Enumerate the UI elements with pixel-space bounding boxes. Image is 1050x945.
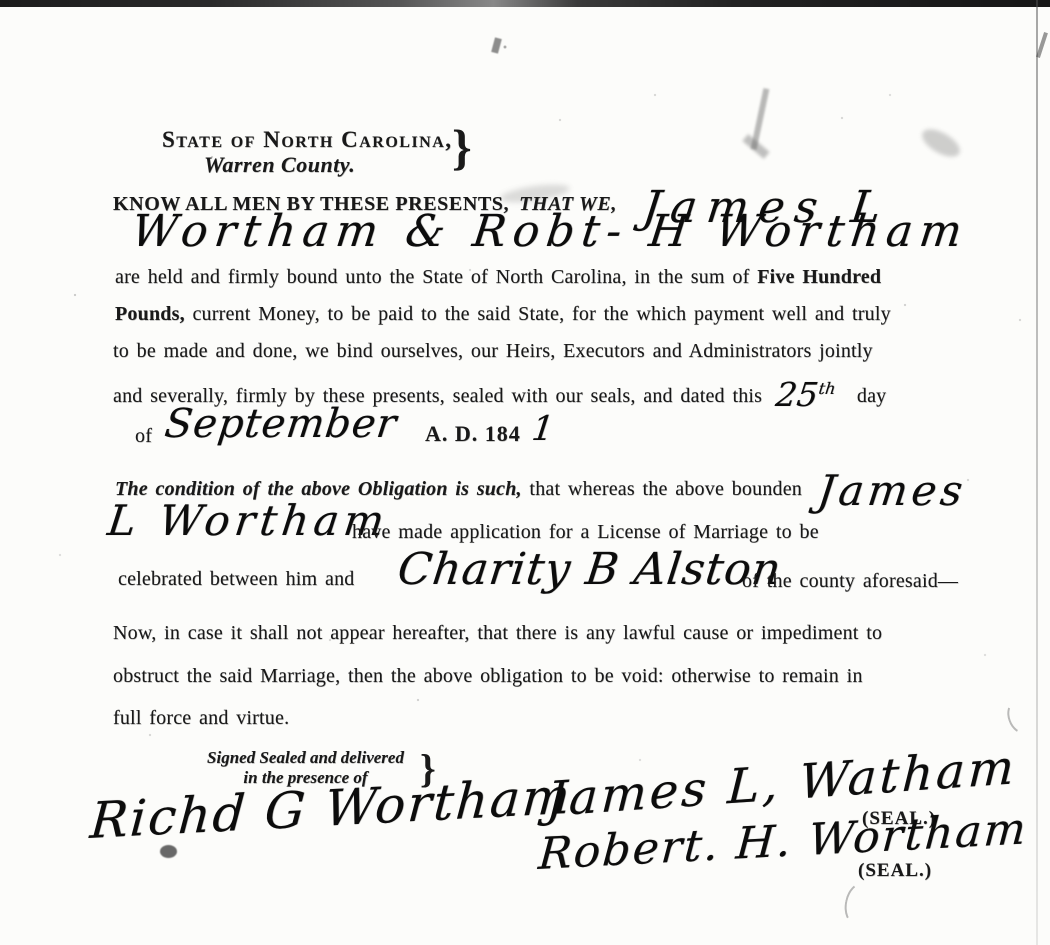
attestation-line-1: Signed Sealed and delivered xyxy=(188,748,423,768)
ink-smudge xyxy=(491,37,502,53)
body-line-2-text: current Money, to be paid to the said St… xyxy=(185,303,891,325)
county-line: Warren County. xyxy=(204,152,355,178)
ink-smudge xyxy=(918,124,964,162)
of-word: of xyxy=(135,425,152,448)
bride-handwritten: Charity B Alston xyxy=(395,548,784,592)
now-line-1: Now, in case it shall not appear hereaft… xyxy=(113,622,882,645)
scanned-marriage-bond-document: State of North Carolina, Warren County. … xyxy=(0,0,1050,945)
day-suffix-handwritten: th xyxy=(818,379,837,398)
groom-handwritten-1: James xyxy=(815,470,968,512)
celebrated-text: celebrated between him and xyxy=(118,568,354,591)
condition-lead-rest: that whereas the above bounden xyxy=(522,478,802,500)
day-number-handwritten: 25th xyxy=(774,378,837,411)
pencil-arc-mark xyxy=(1003,697,1037,737)
groom-handwritten-2: L Wortham xyxy=(105,500,391,542)
application-text: have made application for a License of M… xyxy=(352,521,819,544)
header-brace: } xyxy=(452,118,472,176)
year-printed: A. D. 184 xyxy=(425,421,521,447)
pencil-arc-mark xyxy=(841,879,879,928)
obligors-handwritten-2: Wortham & Robt- H Wortham xyxy=(129,210,971,254)
scan-top-edge xyxy=(0,0,1050,7)
body-line-3: to be made and done, we bind ourselves, … xyxy=(113,340,873,363)
sum-pounds-bold: Pounds, xyxy=(115,303,185,325)
scan-right-edge-line xyxy=(1036,0,1038,945)
aforesaid-text: of the county aforesaid— xyxy=(742,570,958,593)
ink-blob xyxy=(160,845,177,858)
state-line: State of North Carolina, xyxy=(162,127,453,153)
body-line-1-text: are held and firmly bound unto the State… xyxy=(115,266,757,288)
seal-label-2: (SEAL.) xyxy=(858,860,932,882)
body-line-1: are held and firmly bound unto the State… xyxy=(115,266,881,289)
day-word: day xyxy=(857,385,886,407)
month-handwritten: September xyxy=(163,404,400,444)
now-line-2: obstruct the said Marriage, then the abo… xyxy=(113,665,863,688)
year-digit-handwritten: 1 xyxy=(530,412,556,446)
now-line-3: full force and virtue. xyxy=(113,707,289,730)
sum-amount-bold: Five Hundred xyxy=(757,266,881,288)
witness-signature: Richd G Wortham xyxy=(88,771,573,846)
body-line-2: Pounds, current Money, to be paid to the… xyxy=(115,303,891,326)
